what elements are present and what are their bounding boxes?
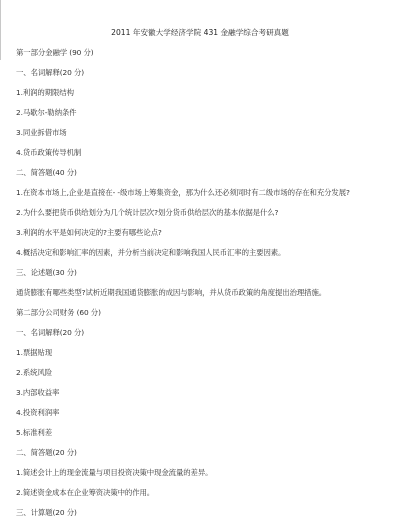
document-line: 2.简述资金成本在企业筹资决策中的作用。	[16, 487, 154, 498]
document-title: 2011 年安徽大学经济学院 431 金融学综合考研真题	[0, 27, 400, 38]
document-line: 3.同业拆借市场	[16, 127, 67, 138]
document-line: 1.利润的期限结构	[16, 87, 74, 98]
document-line: 第一部分金融学 (90 分)	[16, 47, 94, 58]
document-line: 1.在资本市场上,企业是直接在- -级市场上筹集资金，那为什么还必须同时有二级市…	[16, 187, 350, 198]
document-line: 4.货币政策传导机制	[16, 147, 81, 158]
document-line: 二、简答题(40 分)	[16, 167, 77, 178]
document-line: 4.投资利润率	[16, 407, 59, 418]
document-line: 5.标准利差	[16, 427, 52, 438]
document-line: 3.利润的水平是如何决定的?主要有哪些论点?	[16, 227, 162, 238]
document-line: 通货膨胀有哪些类型?试析近期我国通货膨胀的成因与影响，并从货币政策的角度提出治理…	[16, 287, 326, 298]
document-line: 第二部分公司财务 (60 分)	[16, 307, 101, 318]
document-line: 3.内部收益率	[16, 387, 59, 398]
document-line: 一、名词解释(20 分)	[16, 327, 84, 338]
document-line: 2.系统风险	[16, 367, 52, 378]
document-line: 2.马歇尔-勒纳条件	[16, 107, 76, 118]
document-line: 2.为什么要把货币供给划分为几个统计层次?划分货币供给层次的基本依据是什么?	[16, 207, 278, 218]
document-line: 三、论述题(30 分)	[16, 267, 77, 278]
document-line: 一、名词解释(20 分)	[16, 67, 84, 78]
document-line: 1.简述会计上的现金流量与项目投资决策中现金流量的差异。	[16, 467, 212, 478]
document-line: 1.票据贴现	[16, 347, 52, 358]
document-line: 三、计算题(20 分)	[16, 507, 77, 518]
document-line: 4.概括决定和影响汇率的因素，并分析当前决定和影响我国人民币汇率的主要因素。	[16, 247, 285, 258]
document-line: 二、简答题(20 分)	[16, 447, 77, 458]
